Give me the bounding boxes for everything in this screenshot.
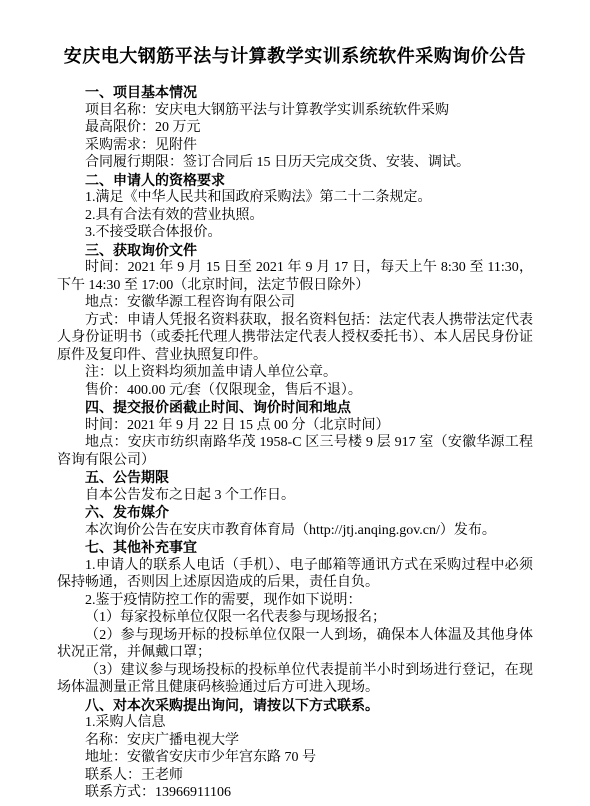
section-heading: 六、发布媒介	[57, 504, 533, 522]
paragraph: 地点：安徽华源工程咨询有限公司	[57, 294, 533, 312]
paragraph: 2.具有合法有效的营业执照。	[57, 207, 533, 225]
paragraph: 名称：安庆广播电视大学	[57, 732, 533, 750]
section-heading: 七、其他补充事宜	[57, 539, 533, 557]
paragraph: 自本公告发布之日起 3 个工作日。	[57, 487, 533, 505]
paragraph: 2.鉴于疫情防控工作的需要，现作如下说明：	[57, 592, 533, 610]
document-body: 一、项目基本情况项目名称：安庆电大钢筋平法与计算教学实训系统软件采购最高限价：2…	[57, 84, 533, 802]
section-heading: 八、对本次采购提出询问，请按以下方式联系。	[57, 697, 533, 715]
paragraph: （3）建议参与现场投标的投标单位代表提前半小时到场进行登记，在现场体温测量正常且…	[57, 662, 533, 697]
paragraph: （1）每家投标单位仅限一名代表参与现场报名；	[57, 609, 533, 627]
paragraph: 项目名称：安庆电大钢筋平法与计算教学实训系统软件采购	[57, 102, 533, 120]
paragraph: 1.满足《中华人民共和国政府采购法》第二十二条规定。	[57, 189, 533, 207]
paragraph: 注：以上资料均须加盖申请人单位公章。	[57, 364, 533, 382]
document-title: 安庆电大钢筋平法与计算教学实训系统软件采购询价公告	[57, 44, 533, 68]
section-heading: 五、公告期限	[57, 469, 533, 487]
section-heading: 一、项目基本情况	[57, 84, 533, 102]
paragraph: 1.申请人的联系人电话（手机）、电子邮箱等通讯方式在采购过程中必须保持畅通，否则…	[57, 557, 533, 592]
paragraph: 联系人：王老师	[57, 767, 533, 785]
paragraph: 地点：安庆市纺织南路华茂 1958-C 区三号楼 9 层 917 室（安徽华源工…	[57, 434, 533, 469]
document-page: 安庆电大钢筋平法与计算教学实训系统软件采购询价公告 一、项目基本情况项目名称：安…	[0, 0, 590, 806]
paragraph: （2）参与现场开标的投标单位仅限一人到场，确保本人体温及其他身体状况正常，并佩戴…	[57, 627, 533, 662]
paragraph: 3.不接受联合体报价。	[57, 224, 533, 242]
section-heading: 四、提交报价函截止时间、询价时间和地点	[57, 399, 533, 417]
paragraph: 采购需求：见附件	[57, 137, 533, 155]
paragraph: 联系方式：13966911106	[57, 784, 533, 802]
section-heading: 三、获取询价文件	[57, 242, 533, 260]
paragraph: 时间：2021 年 9 月 22 日 15 点 00 分（北京时间）	[57, 417, 533, 435]
section-heading: 二、申请人的资格要求	[57, 172, 533, 190]
paragraph: 合同履行期限：签订合同后 15 日历天完成交货、安装、调试。	[57, 154, 533, 172]
paragraph: 售价：400.00 元/套（仅限现金，售后不退）。	[57, 382, 533, 400]
paragraph: 本次询价公告在安庆市教育体育局（http://jtj.anqing.gov.cn…	[57, 522, 533, 540]
paragraph: 时间：2021 年 9 月 15 日至 2021 年 9 月 17 日，每天上午…	[57, 259, 533, 294]
paragraph: 最高限价：20 万元	[57, 119, 533, 137]
paragraph: 1.采购人信息	[57, 714, 533, 732]
paragraph: 地址：安徽省安庆市少年宫东路 70 号	[57, 749, 533, 767]
paragraph: 方式：申请人凭报名资料获取，报名资料包括：法定代表人携带法定代表人身份证明书（或…	[57, 312, 533, 365]
